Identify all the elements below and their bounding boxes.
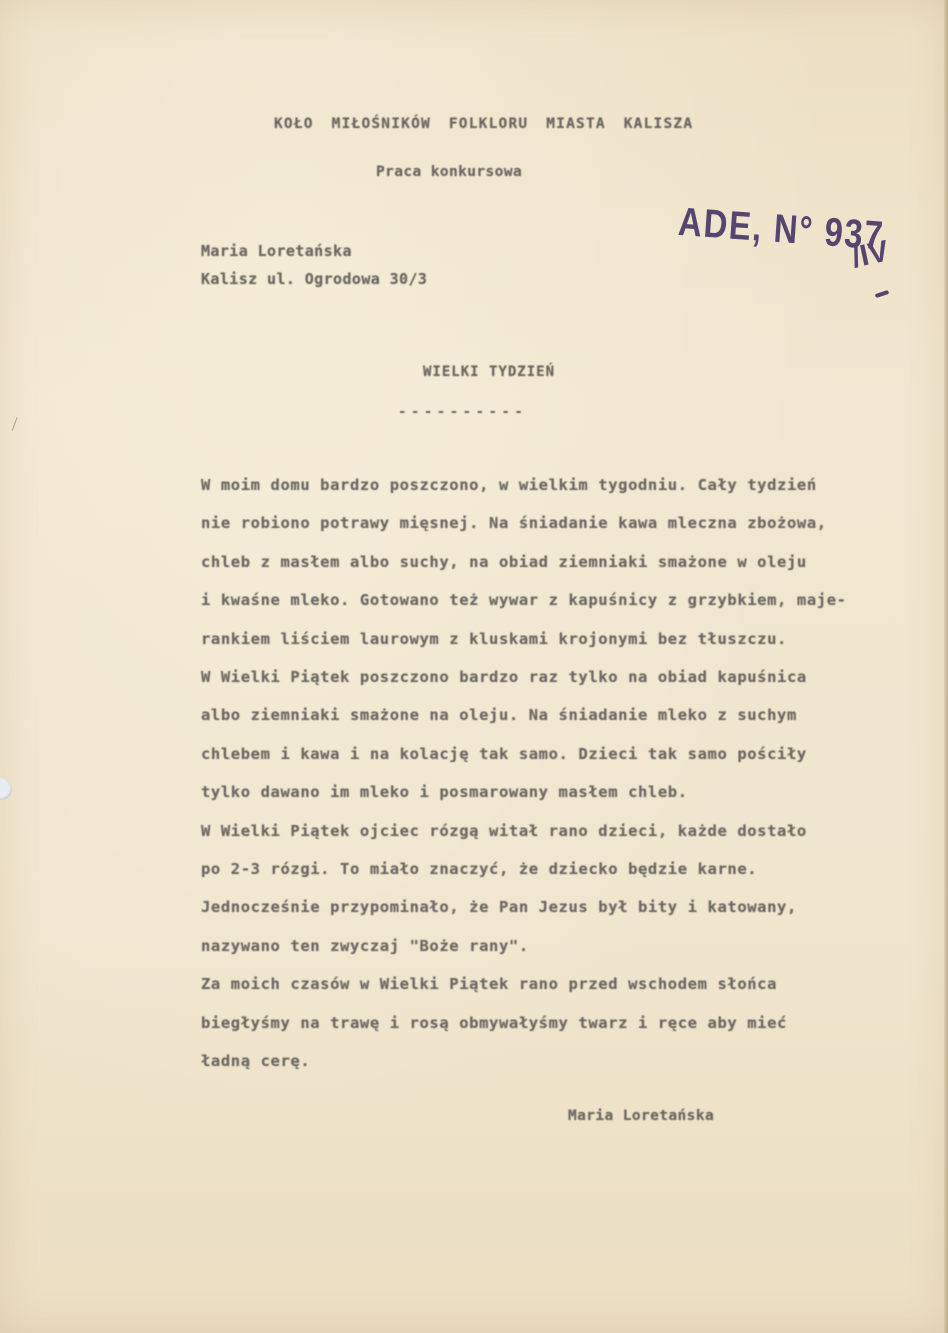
- body-line: chlebem i kawa i na kolację tak samo. Dz…: [201, 735, 847, 773]
- organization-header: KOŁO MIŁOŚNIKÓW FOLKLORU MIASTA KALISZA: [274, 116, 693, 132]
- body-line: albo ziemniaki smażone na oleju. Na śnia…: [201, 696, 847, 734]
- signature: Maria Loretańska: [568, 1108, 714, 1124]
- document-subtitle: Praca konkursowa: [376, 164, 522, 180]
- body-line: rankiem liściem laurowym z kluskami kroj…: [201, 620, 847, 658]
- title-underline: ----------: [398, 404, 527, 420]
- body-line: chleb z masłem albo suchy, na obiad ziem…: [201, 543, 847, 581]
- body-line: W Wielki Piątek poszczono bardzo raz tyl…: [201, 658, 847, 696]
- body-line: ładną cerę.: [201, 1042, 847, 1080]
- body-line: nie robiono potrawy mięsnej. Na śniadani…: [201, 504, 847, 542]
- body-line: W moim domu bardzo poszczono, w wielkim …: [201, 466, 847, 504]
- body-line: Jednocześnie przypominało, że Pan Jezus …: [201, 888, 847, 926]
- document-page: KOŁO MIŁOŚNIKÓW FOLKLORU MIASTA KALISZA …: [0, 0, 948, 1333]
- margin-mark: [12, 417, 23, 433]
- paper-edge: [944, 0, 948, 1333]
- author-name: Maria Loretańska: [201, 242, 352, 260]
- body-line: nazywano ten zwyczaj "Boże rany".: [201, 927, 847, 965]
- handwritten-dash-mark: [875, 290, 890, 298]
- body-line: i kwaśne mleko. Gotowano też wywar z kap…: [201, 581, 847, 619]
- body-text: W moim domu bardzo poszczono, w wielkim …: [201, 466, 847, 1081]
- body-line: po 2-3 rózgi. To miało znaczyć, że dziec…: [201, 850, 847, 888]
- body-line: tylko dawano im mleko i posmarowany masł…: [201, 773, 847, 811]
- author-address: Kalisz ul. Ogrodowa 30/3: [201, 270, 427, 288]
- punch-hole: [0, 778, 12, 800]
- document-title: WIELKI TYDZIEŃ: [423, 364, 555, 380]
- body-line: biegłyśmy na trawę i rosą obmywałyśmy tw…: [201, 1004, 847, 1042]
- body-line: Za moich czasów w Wielki Piątek rano prz…: [201, 965, 847, 1003]
- archive-number-suffix: /IV: [849, 235, 892, 276]
- body-line: W Wielki Piątek ojciec rózgą witał rano …: [201, 812, 847, 850]
